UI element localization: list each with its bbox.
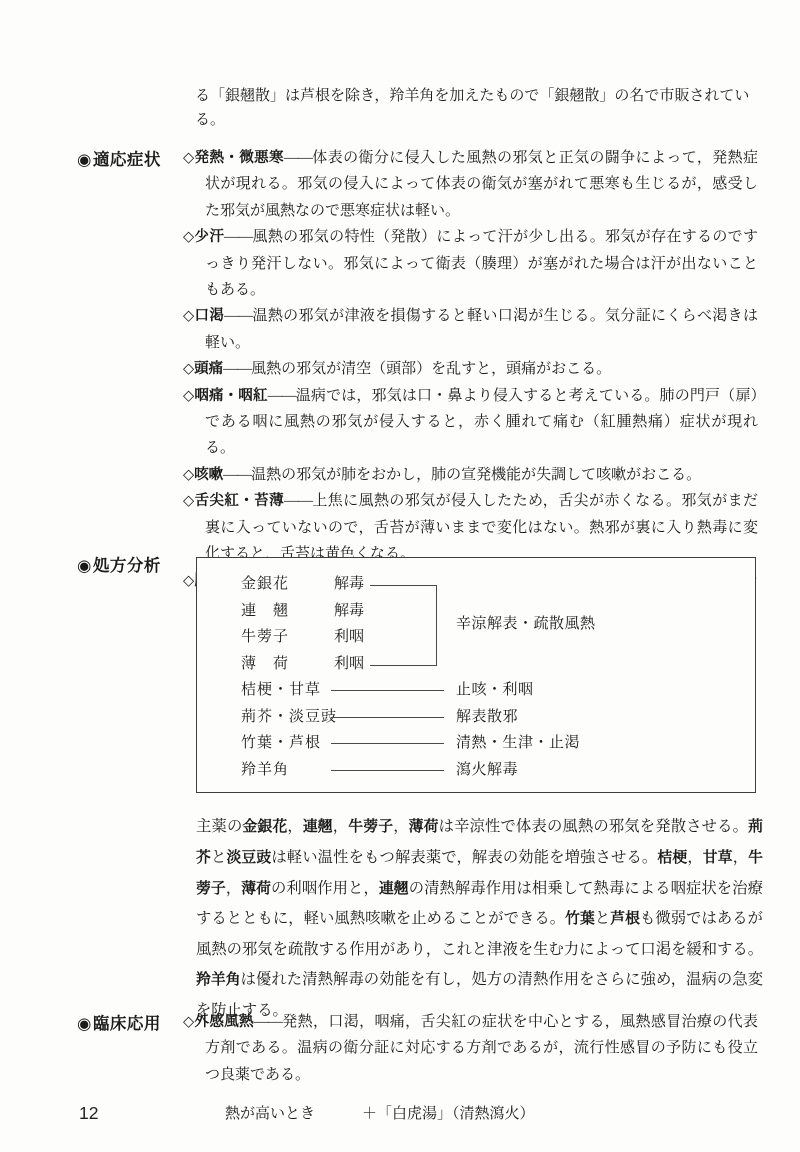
herb-effect: 瀉火解毒 (456, 762, 518, 779)
herb-name: 桔梗・甘草 (241, 682, 321, 699)
herb-effect: 清熱・生津・止渇 (456, 735, 580, 752)
symptom-item-thirst: ◇口渇——温熱の邪気が津液を損傷すると軽い口渇が生じる。気分証にくらべ渇きは軽い… (183, 303, 758, 356)
connector-line (331, 770, 444, 771)
section-bullet-icon: ◉ (77, 557, 92, 575)
connector-line (331, 743, 444, 744)
herb-name: 薄 荷 (241, 656, 289, 673)
clinical-addition-note: 熱が高いとき＋「白虎湯」（清熱瀉火） (225, 1101, 758, 1127)
diamond-icon: ◇ (183, 308, 194, 324)
symptom-list: ◇発熱・微悪寒——体表の衛分に侵入した風熱の邪気と正気の闘争によって，発熱症状が… (183, 145, 758, 620)
connector-line (331, 690, 444, 691)
herb-effect: 止咳・利咽 (456, 682, 534, 699)
intro-continuation-line: る「銀翹散」は芦根を除き，羚羊角を加えたもので「銀翹散」の名で市販されている。 (195, 84, 755, 132)
herb-effect: 解毒 (334, 603, 364, 620)
herb-effect: 利咽 (334, 656, 364, 673)
symptom-item-tongue: ◇舌尖紅・苔薄——上焦に風熱の邪気が侵入したため，舌尖が赤くなる。邪気がまだ裏に… (183, 488, 758, 567)
diamond-icon: ◇ (183, 493, 195, 509)
symptom-item-headache: ◇頭痛——風熱の邪気が清空（頭部）を乱すと，頭痛がおこる。 (183, 356, 758, 382)
section-heading-label: 適応症状 (93, 151, 161, 169)
herb-name: 羚羊角 (241, 762, 289, 779)
section-bullet-icon: ◉ (77, 1015, 92, 1033)
herb-effect: 解表散邪 (456, 709, 518, 726)
prescription-diagram-box: 金銀花 解毒 連 翹 解毒 牛蒡子 利咽 薄 荷 利咽 辛涼解表・疏散風熱 桔梗… (196, 557, 756, 793)
connector-line (331, 717, 444, 718)
book-page: る「銀翹散」は芦根を除き，羚羊角を加えたもので「銀翹散」の名で市販されている。 … (0, 0, 800, 1152)
herb-effect: 利咽 (334, 629, 364, 646)
diamond-icon: ◇ (183, 150, 195, 166)
symptom-desc: 風熱の邪気が清空（頭部）を乱すと，頭痛がおこる。 (251, 361, 611, 377)
section-heading-clinical: ◉臨床応用 (77, 1010, 161, 1034)
page-number: 12 (79, 1103, 98, 1124)
herb-name: 連 翹 (241, 603, 289, 620)
herb-name: 牛蒡子 (241, 629, 289, 646)
diamond-icon: ◇ (183, 467, 194, 483)
group-bracket (370, 585, 437, 666)
diamond-icon: ◇ (183, 361, 194, 377)
clinical-item-wind-heat: ◇外感風熱——発熱，口渇，咽痛，舌尖紅の症状を中心とする，風熱感冒治療の代表方剤… (183, 1009, 758, 1088)
clinical-list: ◇外感風熱——発熱，口渇，咽痛，舌尖紅の症状を中心とする，風熱感冒治療の代表方剤… (183, 1009, 758, 1127)
herb-effect: 解毒 (334, 576, 364, 593)
section-heading-label: 処方分析 (93, 557, 161, 575)
symptom-item-cough: ◇咳嗽——温熱の邪気が肺をおかし，肺の宣発機能が失調して咳嗽がおこる。 (183, 462, 758, 488)
symptom-item-sore-throat: ◇咽痛・咽紅——温病では，邪気は口・鼻より侵入すると考えている。肺の門戸（扉）で… (183, 383, 758, 462)
diamond-icon: ◇ (183, 388, 194, 404)
herb-name: 竹葉・芦根 (241, 735, 321, 752)
analysis-commentary: 主薬の金銀花，連翹，牛蒡子，薄荷は辛涼性で体表の風熱の邪気を発散させる。荊芥と淡… (196, 812, 763, 1026)
herb-name: 金銀花 (241, 576, 289, 593)
diamond-icon: ◇ (183, 229, 194, 245)
diamond-icon: ◇ (183, 1014, 195, 1030)
section-heading-label: 臨床応用 (93, 1015, 161, 1033)
clinical-desc: 発熱，口渇，咽痛，舌尖紅の症状を中心とする，風熱感冒治療の代表方剤である。温病の… (205, 1014, 758, 1083)
herb-name: 荊芥・淡豆豉 (241, 709, 337, 726)
diamond-icon: ◇ (183, 573, 195, 589)
symptom-item-fever: ◇発熱・微悪寒——体表の衛分に侵入した風熱の邪気と正気の闘争によって，発熱症状が… (183, 145, 758, 224)
group-label: 辛涼解表・疏散風熱 (456, 616, 596, 633)
symptom-desc: 温熱の邪気が津液を損傷すると軽い口渇が生じる。気分証にくらべ渇きは軽い。 (205, 308, 758, 350)
section-heading-indications: ◉適応症状 (77, 146, 161, 170)
symptom-desc: 温熱の邪気が肺をおかし，肺の宣発機能が失調して咳嗽がおこる。 (251, 467, 701, 483)
symptom-item-sweat: ◇少汗——風熱の邪気の特性（発散）によって汗が少し出る。邪気が存在するのですっき… (183, 224, 758, 303)
condition-text: 熱が高いとき (225, 1106, 315, 1122)
symptom-desc: 風熱の邪気の特性（発散）によって汗が少し出る。邪気が存在するのですっきり発汗しな… (205, 229, 758, 298)
addition-formula: ＋「白虎湯」（清熱瀉火） (362, 1106, 535, 1122)
section-bullet-icon: ◉ (77, 151, 92, 169)
section-heading-analysis: ◉処方分析 (77, 552, 161, 576)
